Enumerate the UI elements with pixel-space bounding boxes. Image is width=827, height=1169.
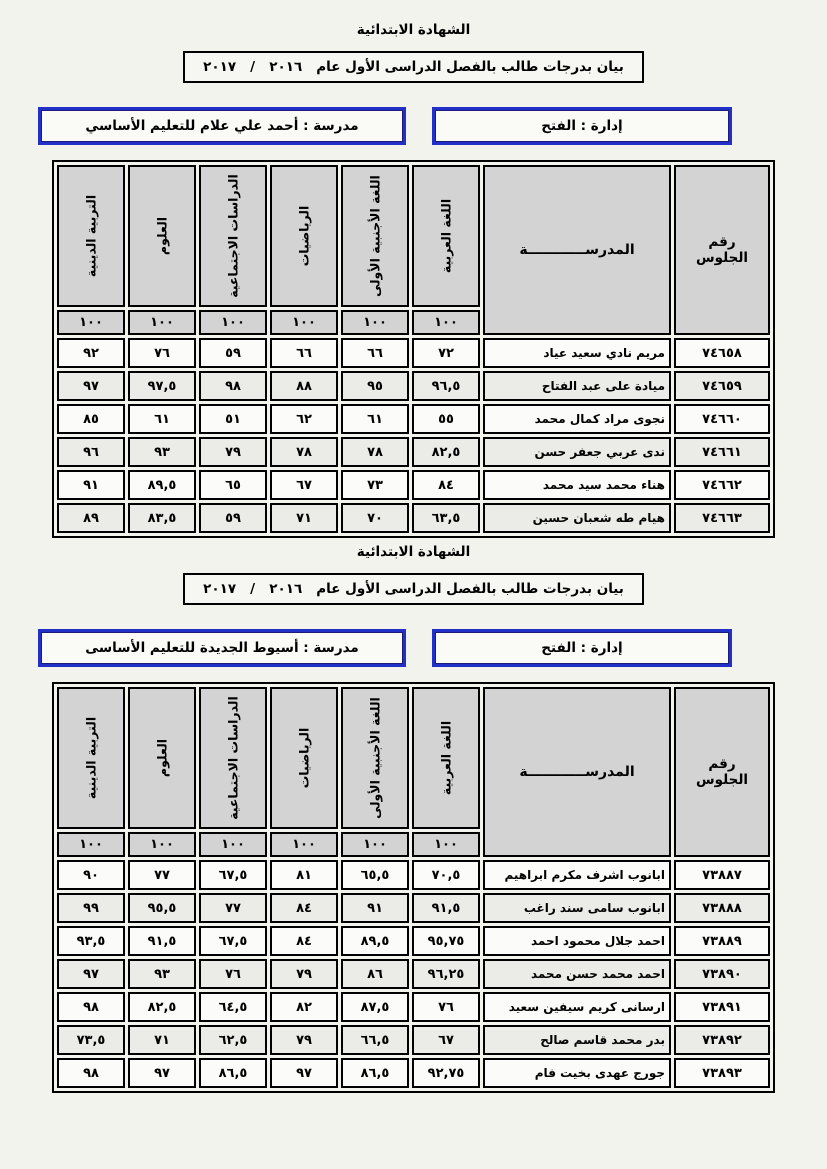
seat-header-line2: الجلوس xyxy=(677,772,767,788)
grades-table-header: رقم الجلوس المدرســــــــــــة اللغة الع… xyxy=(57,165,770,335)
seat-number-cell: ٧٤٦٦٠ xyxy=(674,404,770,434)
seat-number-cell: ٧٣٨٩٣ xyxy=(674,1058,770,1088)
score-foreign-language-cell: ٨٦,٥ xyxy=(341,1058,409,1088)
score-foreign-language-cell: ٨٦ xyxy=(341,959,409,989)
max-score-cell: ١٠٠ xyxy=(341,832,409,857)
score-social-studies-cell: ٥٩ xyxy=(199,503,267,533)
score-social-studies-cell: ٦٤,٥ xyxy=(199,992,267,1022)
max-score-cell: ١٠٠ xyxy=(128,310,196,335)
score-foreign-language-cell: ٩١ xyxy=(341,893,409,923)
score-science-cell: ٩٣ xyxy=(128,437,196,467)
score-math-cell: ٦٧ xyxy=(270,470,338,500)
score-science-cell: ٦١ xyxy=(128,404,196,434)
student-name-cell: مريم نادي سعيد عياد xyxy=(483,338,671,368)
score-arabic-cell: ٩٢,٧٥ xyxy=(412,1058,480,1088)
subject-header-math: الرياضيات xyxy=(270,165,338,307)
statement-title-box: بيان بدرجات طالب بالفصل الدراسى الأول عا… xyxy=(183,51,644,83)
report-section-2: الشهادة الابتدائية بيان بدرجات طالب بالف… xyxy=(0,544,827,1093)
name-column-header: المدرســــــــــــة xyxy=(483,687,671,857)
score-foreign-language-cell: ٦٦ xyxy=(341,338,409,368)
student-name-cell: ندى عربي جعفر حسن xyxy=(483,437,671,467)
seat-number-cell: ٧٣٨٩٠ xyxy=(674,959,770,989)
score-arabic-cell: ٦٧ xyxy=(412,1025,480,1055)
grades-table-body: ٧٤٦٥٨ مريم نادي سعيد عياد ٧٢ ٦٦ ٦٦ ٥٩ ٧٦… xyxy=(57,338,770,533)
max-score-cell: ١٠٠ xyxy=(128,832,196,857)
max-score-cell: ١٠٠ xyxy=(341,310,409,335)
score-foreign-language-cell: ٩٥ xyxy=(341,371,409,401)
seat-number-header: رقم الجلوس xyxy=(674,165,770,335)
report-section-1: الشهادة الابتدائية بيان بدرجات طالب بالف… xyxy=(0,22,827,538)
score-arabic-cell: ٦٣,٥ xyxy=(412,503,480,533)
student-row: ٧٣٨٨٧ ابانوب اشرف مكرم ابراهيم ٧٠,٥ ٦٥,٥… xyxy=(57,860,770,890)
score-arabic-cell: ٨٤ xyxy=(412,470,480,500)
certificate-title: الشهادة الابتدائية xyxy=(0,544,827,560)
student-row: ٧٤٦٥٨ مريم نادي سعيد عياد ٧٢ ٦٦ ٦٦ ٥٩ ٧٦… xyxy=(57,338,770,368)
score-religious-education-cell: ٩٢ xyxy=(57,338,125,368)
score-social-studies-cell: ٧٩ xyxy=(199,437,267,467)
score-social-studies-cell: ٧٧ xyxy=(199,893,267,923)
school-box: مدرسة : أحمد علي علام للتعليم الأساسي xyxy=(38,107,406,145)
max-score-cell: ١٠٠ xyxy=(57,310,125,335)
score-religious-education-cell: ٩٦ xyxy=(57,437,125,467)
score-religious-education-cell: ٨٩ xyxy=(57,503,125,533)
score-religious-education-cell: ٨٥ xyxy=(57,404,125,434)
score-social-studies-cell: ٥١ xyxy=(199,404,267,434)
statement-title: بيان بدرجات طالب بالفصل الدراسى الأول عا… xyxy=(203,59,624,75)
grades-table-1: رقم الجلوس المدرســــــــــــة اللغة الع… xyxy=(52,160,775,538)
seat-number-cell: ٧٣٨٨٩ xyxy=(674,926,770,956)
score-science-cell: ٨٩,٥ xyxy=(128,470,196,500)
score-math-cell: ٧٩ xyxy=(270,959,338,989)
score-arabic-cell: ٥٥ xyxy=(412,404,480,434)
seat-header-line1: رقم xyxy=(677,234,767,250)
max-score-cell: ١٠٠ xyxy=(270,310,338,335)
student-row: ٧٣٨٩٠ احمد محمد حسن محمد ٩٦,٢٥ ٨٦ ٧٩ ٧٦ … xyxy=(57,959,770,989)
score-religious-education-cell: ٩١ xyxy=(57,470,125,500)
student-row: ٧٤٦٥٩ ميادة على عبد الفتاح ٩٦,٥ ٩٥ ٨٨ ٩٨… xyxy=(57,371,770,401)
score-social-studies-cell: ٩٨ xyxy=(199,371,267,401)
seat-number-cell: ٧٣٨٨٨ xyxy=(674,893,770,923)
score-math-cell: ٨١ xyxy=(270,860,338,890)
student-name-cell: نجوى مراد كمال محمد xyxy=(483,404,671,434)
student-name-cell: جورج عهدى بخيت فام xyxy=(483,1058,671,1088)
score-religious-education-cell: ٩٨ xyxy=(57,992,125,1022)
score-foreign-language-cell: ٧٠ xyxy=(341,503,409,533)
max-score-cell: ١٠٠ xyxy=(412,832,480,857)
score-science-cell: ٧٦ xyxy=(128,338,196,368)
seat-number-cell: ٧٣٨٩٢ xyxy=(674,1025,770,1055)
subject-header-social-studies: الدراسات الاجتماعية xyxy=(199,165,267,307)
score-math-cell: ٩٧ xyxy=(270,1058,338,1088)
student-row: ٧٤٦٦٣ هيام طه شعبان حسين ٦٣,٥ ٧٠ ٧١ ٥٩ ٨… xyxy=(57,503,770,533)
report-page: الشهادة الابتدائية بيان بدرجات طالب بالف… xyxy=(0,0,827,1093)
score-arabic-cell: ٧٠,٥ xyxy=(412,860,480,890)
max-score-cell: ١٠٠ xyxy=(199,310,267,335)
org-row: إدارة : الفتح مدرسة : أسيوط الجديدة للتع… xyxy=(38,629,789,667)
seat-number-cell: ٧٤٦٥٩ xyxy=(674,371,770,401)
admin-box: إدارة : الفتح xyxy=(432,107,732,145)
student-name-cell: ابانوب اشرف مكرم ابراهيم xyxy=(483,860,671,890)
subject-header-foreign-language: اللغة الأجنبية الأولى xyxy=(341,687,409,829)
score-science-cell: ٩٣ xyxy=(128,959,196,989)
org-row: إدارة : الفتح مدرسة : أحمد علي علام للتع… xyxy=(38,107,789,145)
student-name-cell: احمد جلال محمود احمد xyxy=(483,926,671,956)
student-name-cell: ميادة على عبد الفتاح xyxy=(483,371,671,401)
score-religious-education-cell: ٩٨ xyxy=(57,1058,125,1088)
seat-number-cell: ٧٤٦٦٢ xyxy=(674,470,770,500)
subject-header-arabic: اللغة العربية xyxy=(412,165,480,307)
certificate-title: الشهادة الابتدائية xyxy=(0,22,827,38)
score-social-studies-cell: ٦٧,٥ xyxy=(199,926,267,956)
score-arabic-cell: ٨٢,٥ xyxy=(412,437,480,467)
seat-number-cell: ٧٤٦٦٣ xyxy=(674,503,770,533)
subject-header-math: الرياضيات xyxy=(270,687,338,829)
score-arabic-cell: ٧٢ xyxy=(412,338,480,368)
score-foreign-language-cell: ٨٧,٥ xyxy=(341,992,409,1022)
seat-header-line1: رقم xyxy=(677,756,767,772)
score-foreign-language-cell: ٧٣ xyxy=(341,470,409,500)
student-name-cell: ارسانى كريم سيفين سعيد xyxy=(483,992,671,1022)
seat-number-cell: ٧٣٨٩١ xyxy=(674,992,770,1022)
school-box: مدرسة : أسيوط الجديدة للتعليم الأساسى xyxy=(38,629,406,667)
subject-header-religious-education: التربية الدينية xyxy=(57,687,125,829)
score-math-cell: ٧٩ xyxy=(270,1025,338,1055)
student-row: ٧٤٦٦١ ندى عربي جعفر حسن ٨٢,٥ ٧٨ ٧٨ ٧٩ ٩٣… xyxy=(57,437,770,467)
student-row: ٧٣٨٨٩ احمد جلال محمود احمد ٩٥,٧٥ ٨٩,٥ ٨٤… xyxy=(57,926,770,956)
score-science-cell: ٩٧,٥ xyxy=(128,371,196,401)
student-name-cell: بدر محمد قاسم صالح xyxy=(483,1025,671,1055)
student-row: ٧٣٨٨٨ ابانوب سامى سند راغب ٩١,٥ ٩١ ٨٤ ٧٧… xyxy=(57,893,770,923)
score-math-cell: ٦٢ xyxy=(270,404,338,434)
student-name-cell: ابانوب سامى سند راغب xyxy=(483,893,671,923)
subject-header-science: العلوم xyxy=(128,165,196,307)
score-arabic-cell: ٩٥,٧٥ xyxy=(412,926,480,956)
score-science-cell: ٩٥,٥ xyxy=(128,893,196,923)
subject-header-religious-education: التربية الدينية xyxy=(57,165,125,307)
score-religious-education-cell: ٩٣,٥ xyxy=(57,926,125,956)
score-math-cell: ٨٤ xyxy=(270,893,338,923)
score-math-cell: ٨٨ xyxy=(270,371,338,401)
student-name-cell: هناء محمد سيد محمد xyxy=(483,470,671,500)
score-social-studies-cell: ٥٩ xyxy=(199,338,267,368)
score-science-cell: ٧٧ xyxy=(128,860,196,890)
student-row: ٧٤٦٦٠ نجوى مراد كمال محمد ٥٥ ٦١ ٦٢ ٥١ ٦١… xyxy=(57,404,770,434)
grades-table-2: رقم الجلوس المدرســــــــــــة اللغة الع… xyxy=(52,682,775,1093)
score-math-cell: ٧٨ xyxy=(270,437,338,467)
score-foreign-language-cell: ٧٨ xyxy=(341,437,409,467)
grades-table-header: رقم الجلوس المدرســــــــــــة اللغة الع… xyxy=(57,687,770,857)
max-score-cell: ١٠٠ xyxy=(270,832,338,857)
max-score-cell: ١٠٠ xyxy=(199,832,267,857)
score-foreign-language-cell: ٨٩,٥ xyxy=(341,926,409,956)
score-foreign-language-cell: ٦٦,٥ xyxy=(341,1025,409,1055)
score-social-studies-cell: ٨٦,٥ xyxy=(199,1058,267,1088)
seat-number-cell: ٧٤٦٥٨ xyxy=(674,338,770,368)
score-social-studies-cell: ٧٦ xyxy=(199,959,267,989)
subject-header-social-studies: الدراسات الاجتماعية xyxy=(199,687,267,829)
score-arabic-cell: ٩١,٥ xyxy=(412,893,480,923)
subject-header-foreign-language: اللغة الأجنبية الأولى xyxy=(341,165,409,307)
score-social-studies-cell: ٦٧,٥ xyxy=(199,860,267,890)
statement-title: بيان بدرجات طالب بالفصل الدراسى الأول عا… xyxy=(203,581,624,597)
score-arabic-cell: ٩٦,٥ xyxy=(412,371,480,401)
subject-header-arabic: اللغة العربية xyxy=(412,687,480,829)
score-math-cell: ٨٤ xyxy=(270,926,338,956)
student-name-cell: هيام طه شعبان حسين xyxy=(483,503,671,533)
score-religious-education-cell: ٩٩ xyxy=(57,893,125,923)
seat-number-cell: ٧٤٦٦١ xyxy=(674,437,770,467)
score-foreign-language-cell: ٦١ xyxy=(341,404,409,434)
seat-number-header: رقم الجلوس xyxy=(674,687,770,857)
score-science-cell: ٨٣,٥ xyxy=(128,503,196,533)
student-row: ٧٣٨٩٣ جورج عهدى بخيت فام ٩٢,٧٥ ٨٦,٥ ٩٧ ٨… xyxy=(57,1058,770,1088)
score-science-cell: ٨٢,٥ xyxy=(128,992,196,1022)
admin-box: إدارة : الفتح xyxy=(432,629,732,667)
score-religious-education-cell: ٩٠ xyxy=(57,860,125,890)
score-social-studies-cell: ٦٢,٥ xyxy=(199,1025,267,1055)
grades-table-body: ٧٣٨٨٧ ابانوب اشرف مكرم ابراهيم ٧٠,٥ ٦٥,٥… xyxy=(57,860,770,1088)
score-science-cell: ٧١ xyxy=(128,1025,196,1055)
student-row: ٧٣٨٩٢ بدر محمد قاسم صالح ٦٧ ٦٦,٥ ٧٩ ٦٢,٥… xyxy=(57,1025,770,1055)
score-math-cell: ٦٦ xyxy=(270,338,338,368)
score-social-studies-cell: ٦٥ xyxy=(199,470,267,500)
student-name-cell: احمد محمد حسن محمد xyxy=(483,959,671,989)
score-arabic-cell: ٧٦ xyxy=(412,992,480,1022)
max-score-cell: ١٠٠ xyxy=(412,310,480,335)
max-score-cell: ١٠٠ xyxy=(57,832,125,857)
seat-header-line2: الجلوس xyxy=(677,250,767,266)
score-religious-education-cell: ٩٧ xyxy=(57,959,125,989)
score-science-cell: ٩٧ xyxy=(128,1058,196,1088)
score-science-cell: ٩١,٥ xyxy=(128,926,196,956)
score-foreign-language-cell: ٦٥,٥ xyxy=(341,860,409,890)
student-row: ٧٣٨٩١ ارسانى كريم سيفين سعيد ٧٦ ٨٧,٥ ٨٢ … xyxy=(57,992,770,1022)
seat-number-cell: ٧٣٨٨٧ xyxy=(674,860,770,890)
score-math-cell: ٨٢ xyxy=(270,992,338,1022)
name-column-header: المدرســــــــــــة xyxy=(483,165,671,335)
student-row: ٧٤٦٦٢ هناء محمد سيد محمد ٨٤ ٧٣ ٦٧ ٦٥ ٨٩,… xyxy=(57,470,770,500)
score-math-cell: ٧١ xyxy=(270,503,338,533)
statement-title-box: بيان بدرجات طالب بالفصل الدراسى الأول عا… xyxy=(183,573,644,605)
score-religious-education-cell: ٩٧ xyxy=(57,371,125,401)
subject-header-science: العلوم xyxy=(128,687,196,829)
score-religious-education-cell: ٧٣,٥ xyxy=(57,1025,125,1055)
score-arabic-cell: ٩٦,٢٥ xyxy=(412,959,480,989)
